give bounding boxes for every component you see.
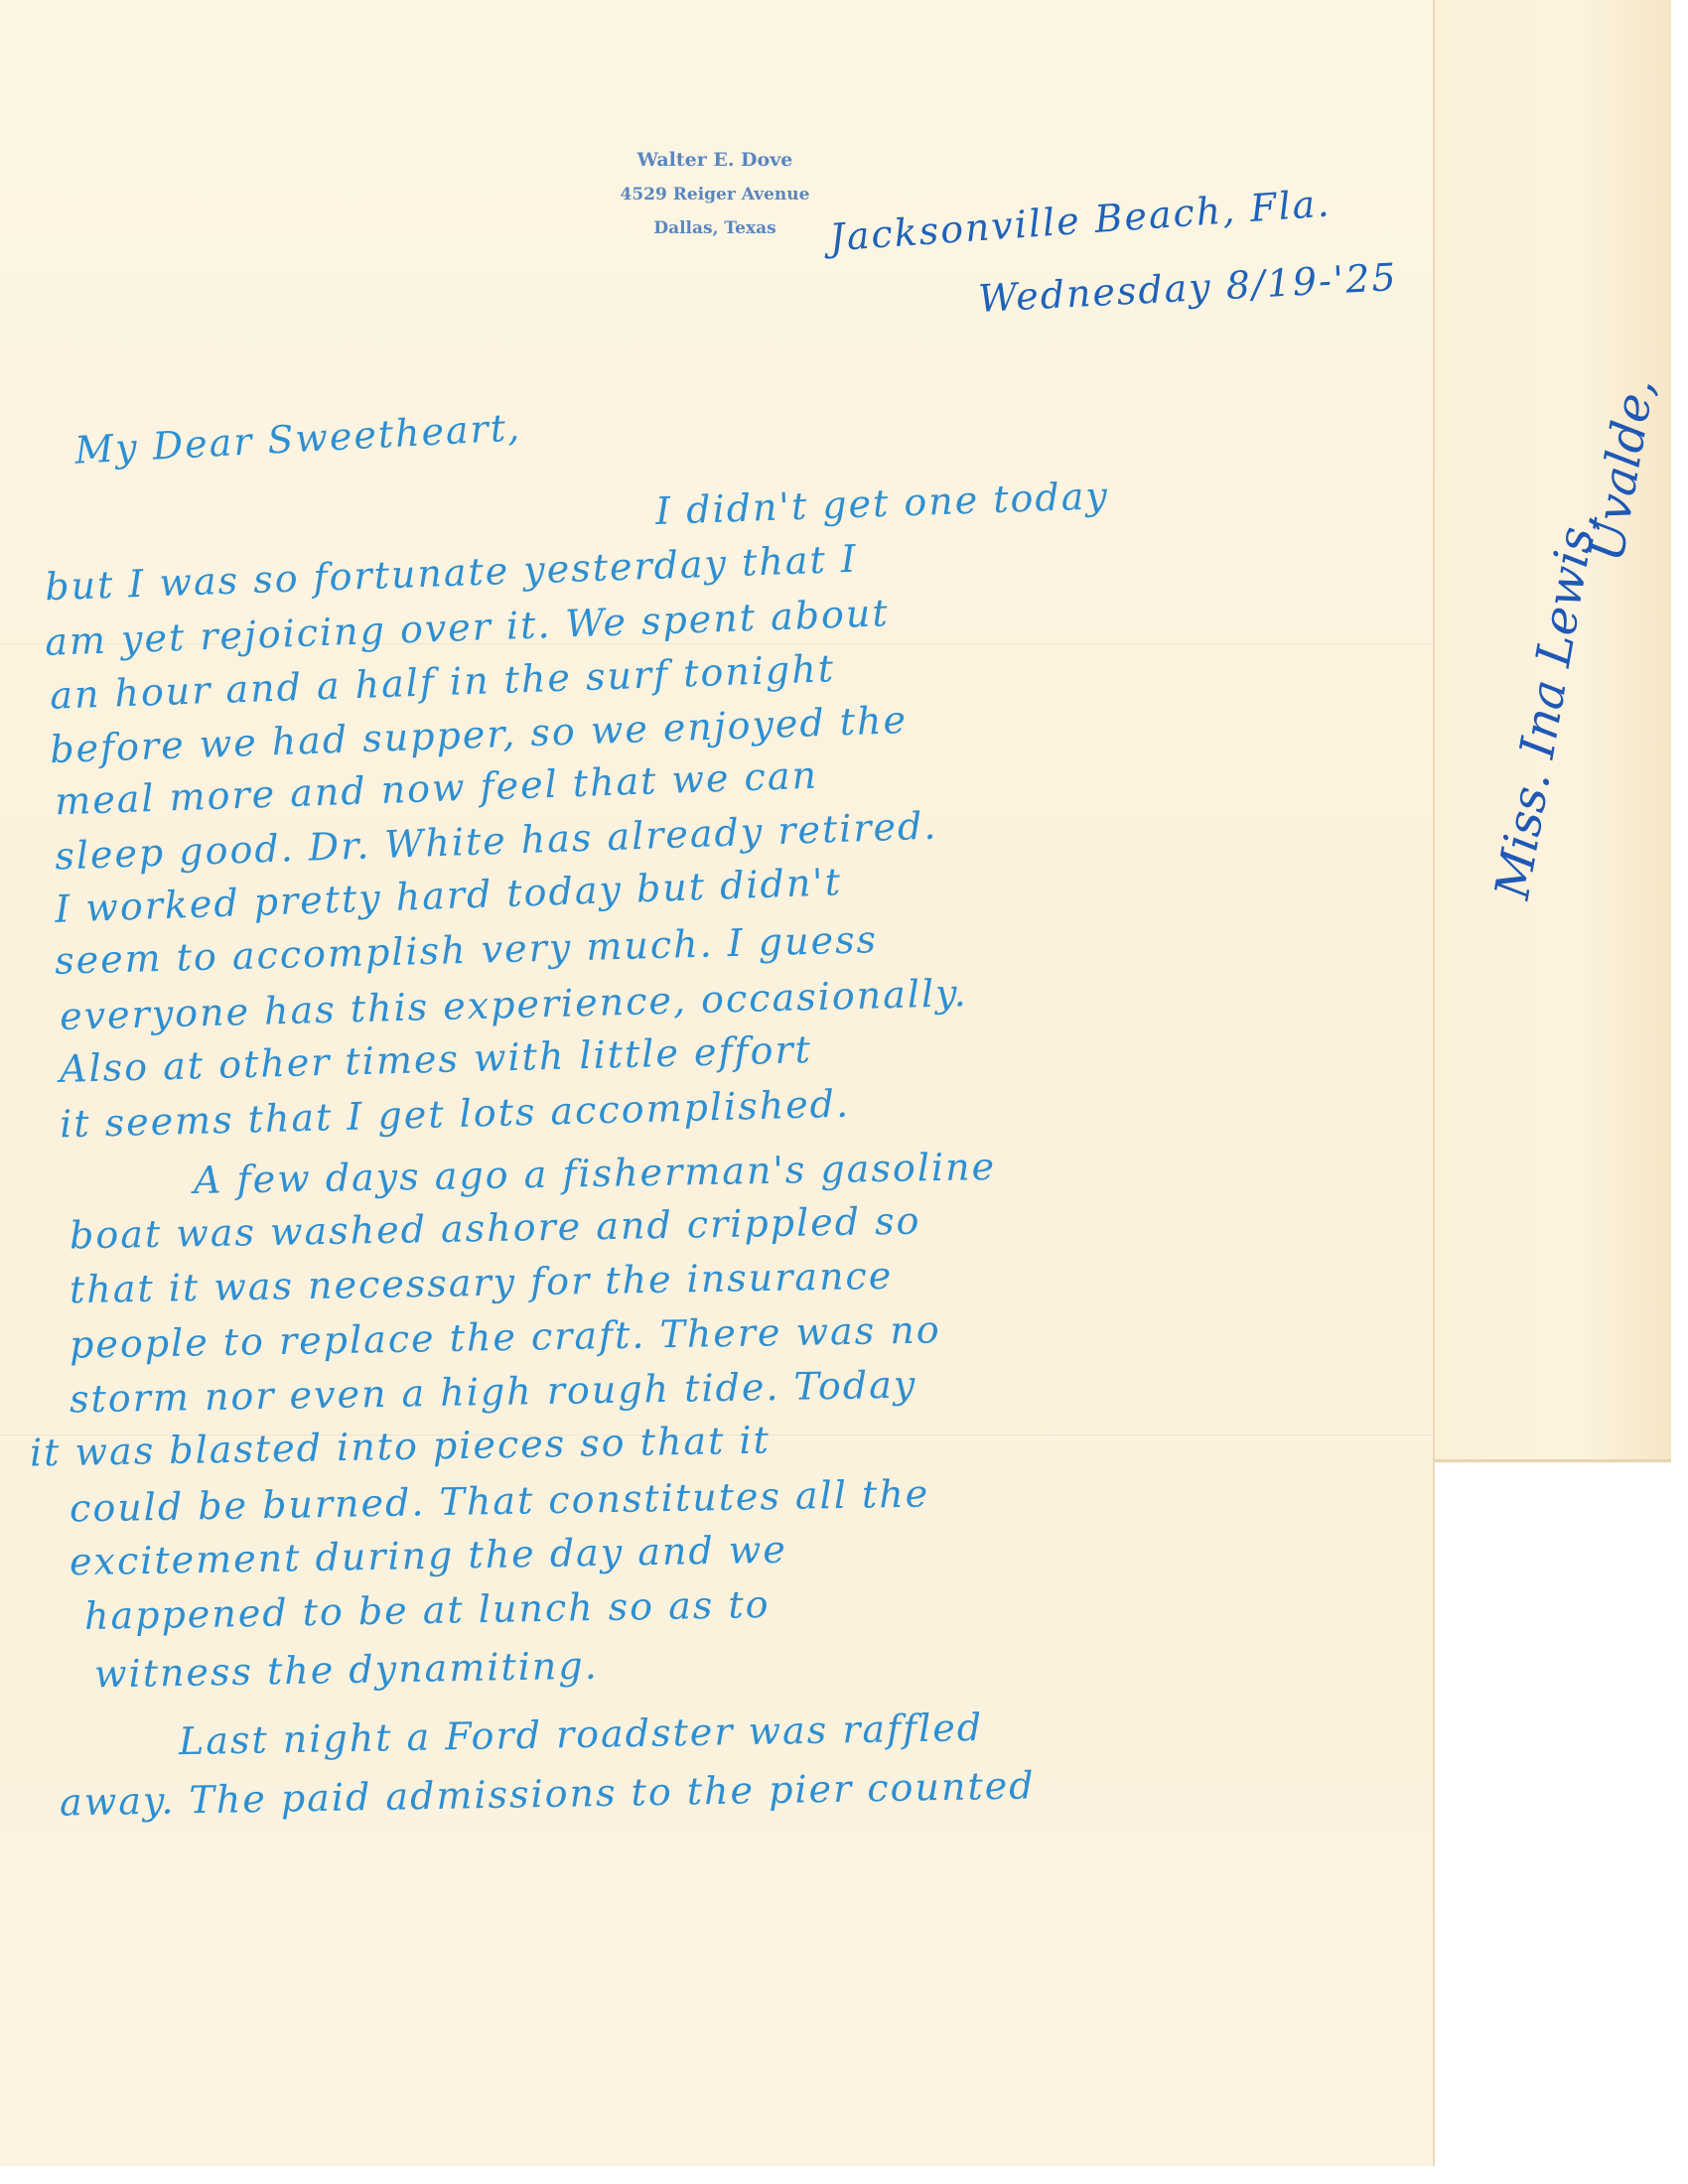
body-line: that it was necessary for the insurance — [70, 1254, 894, 1311]
body-line: it seems that I get lots accomplished. — [60, 1082, 851, 1147]
body-line: excitement during the day and we — [70, 1528, 788, 1584]
body-line: Last night a Ford roadster was raffled — [179, 1706, 984, 1763]
body-line: Also at other times with little effort — [60, 1027, 813, 1091]
envelope-flap: Miss. Ina Lewis, Uvalde, — [1435, 0, 1671, 1462]
body-line: happened to be at lunch so as to — [84, 1582, 771, 1638]
body-line: could be burned. That constitutes all th… — [70, 1471, 930, 1530]
letterhead: Walter E. Dove 4529 Reiger Avenue Dallas… — [586, 149, 844, 252]
body-line: everyone has this experience, occasional… — [60, 971, 969, 1038]
place-heading: Jacksonville Beach, Fla. — [828, 181, 1333, 259]
letterhead-name: Walter E. Dove — [586, 149, 844, 171]
body-line: seem to accomplish very much. I guess — [55, 917, 879, 983]
envelope-city: Uvalde, — [1579, 374, 1665, 566]
body-line: A few days ago a fisherman's gasoline — [194, 1145, 997, 1202]
body-line: people to replace the craft. There was n… — [70, 1307, 941, 1366]
letter-page: Walter E. Dove 4529 Reiger Avenue Dallas… — [0, 0, 1435, 2166]
body-line: storm nor even a high rough tide. Today — [70, 1363, 917, 1422]
date-heading: Wednesday 8/19-'25 — [977, 255, 1398, 321]
envelope-recipient: Miss. Ina Lewis, — [1484, 507, 1608, 902]
body-line: I didn't get one today — [654, 474, 1109, 533]
body-line: away. The paid admissions to the pier co… — [60, 1763, 1036, 1824]
body-line: boat was washed ashore and crippled so — [70, 1199, 921, 1258]
body-line: it was blasted into pieces so that it — [30, 1418, 772, 1474]
letterhead-street: 4529 Reiger Avenue — [586, 185, 844, 205]
letterhead-city: Dallas, Texas — [586, 218, 844, 238]
body-line: witness the dynamiting. — [94, 1644, 599, 1697]
greeting: My Dear Sweetheart, — [73, 405, 522, 473]
